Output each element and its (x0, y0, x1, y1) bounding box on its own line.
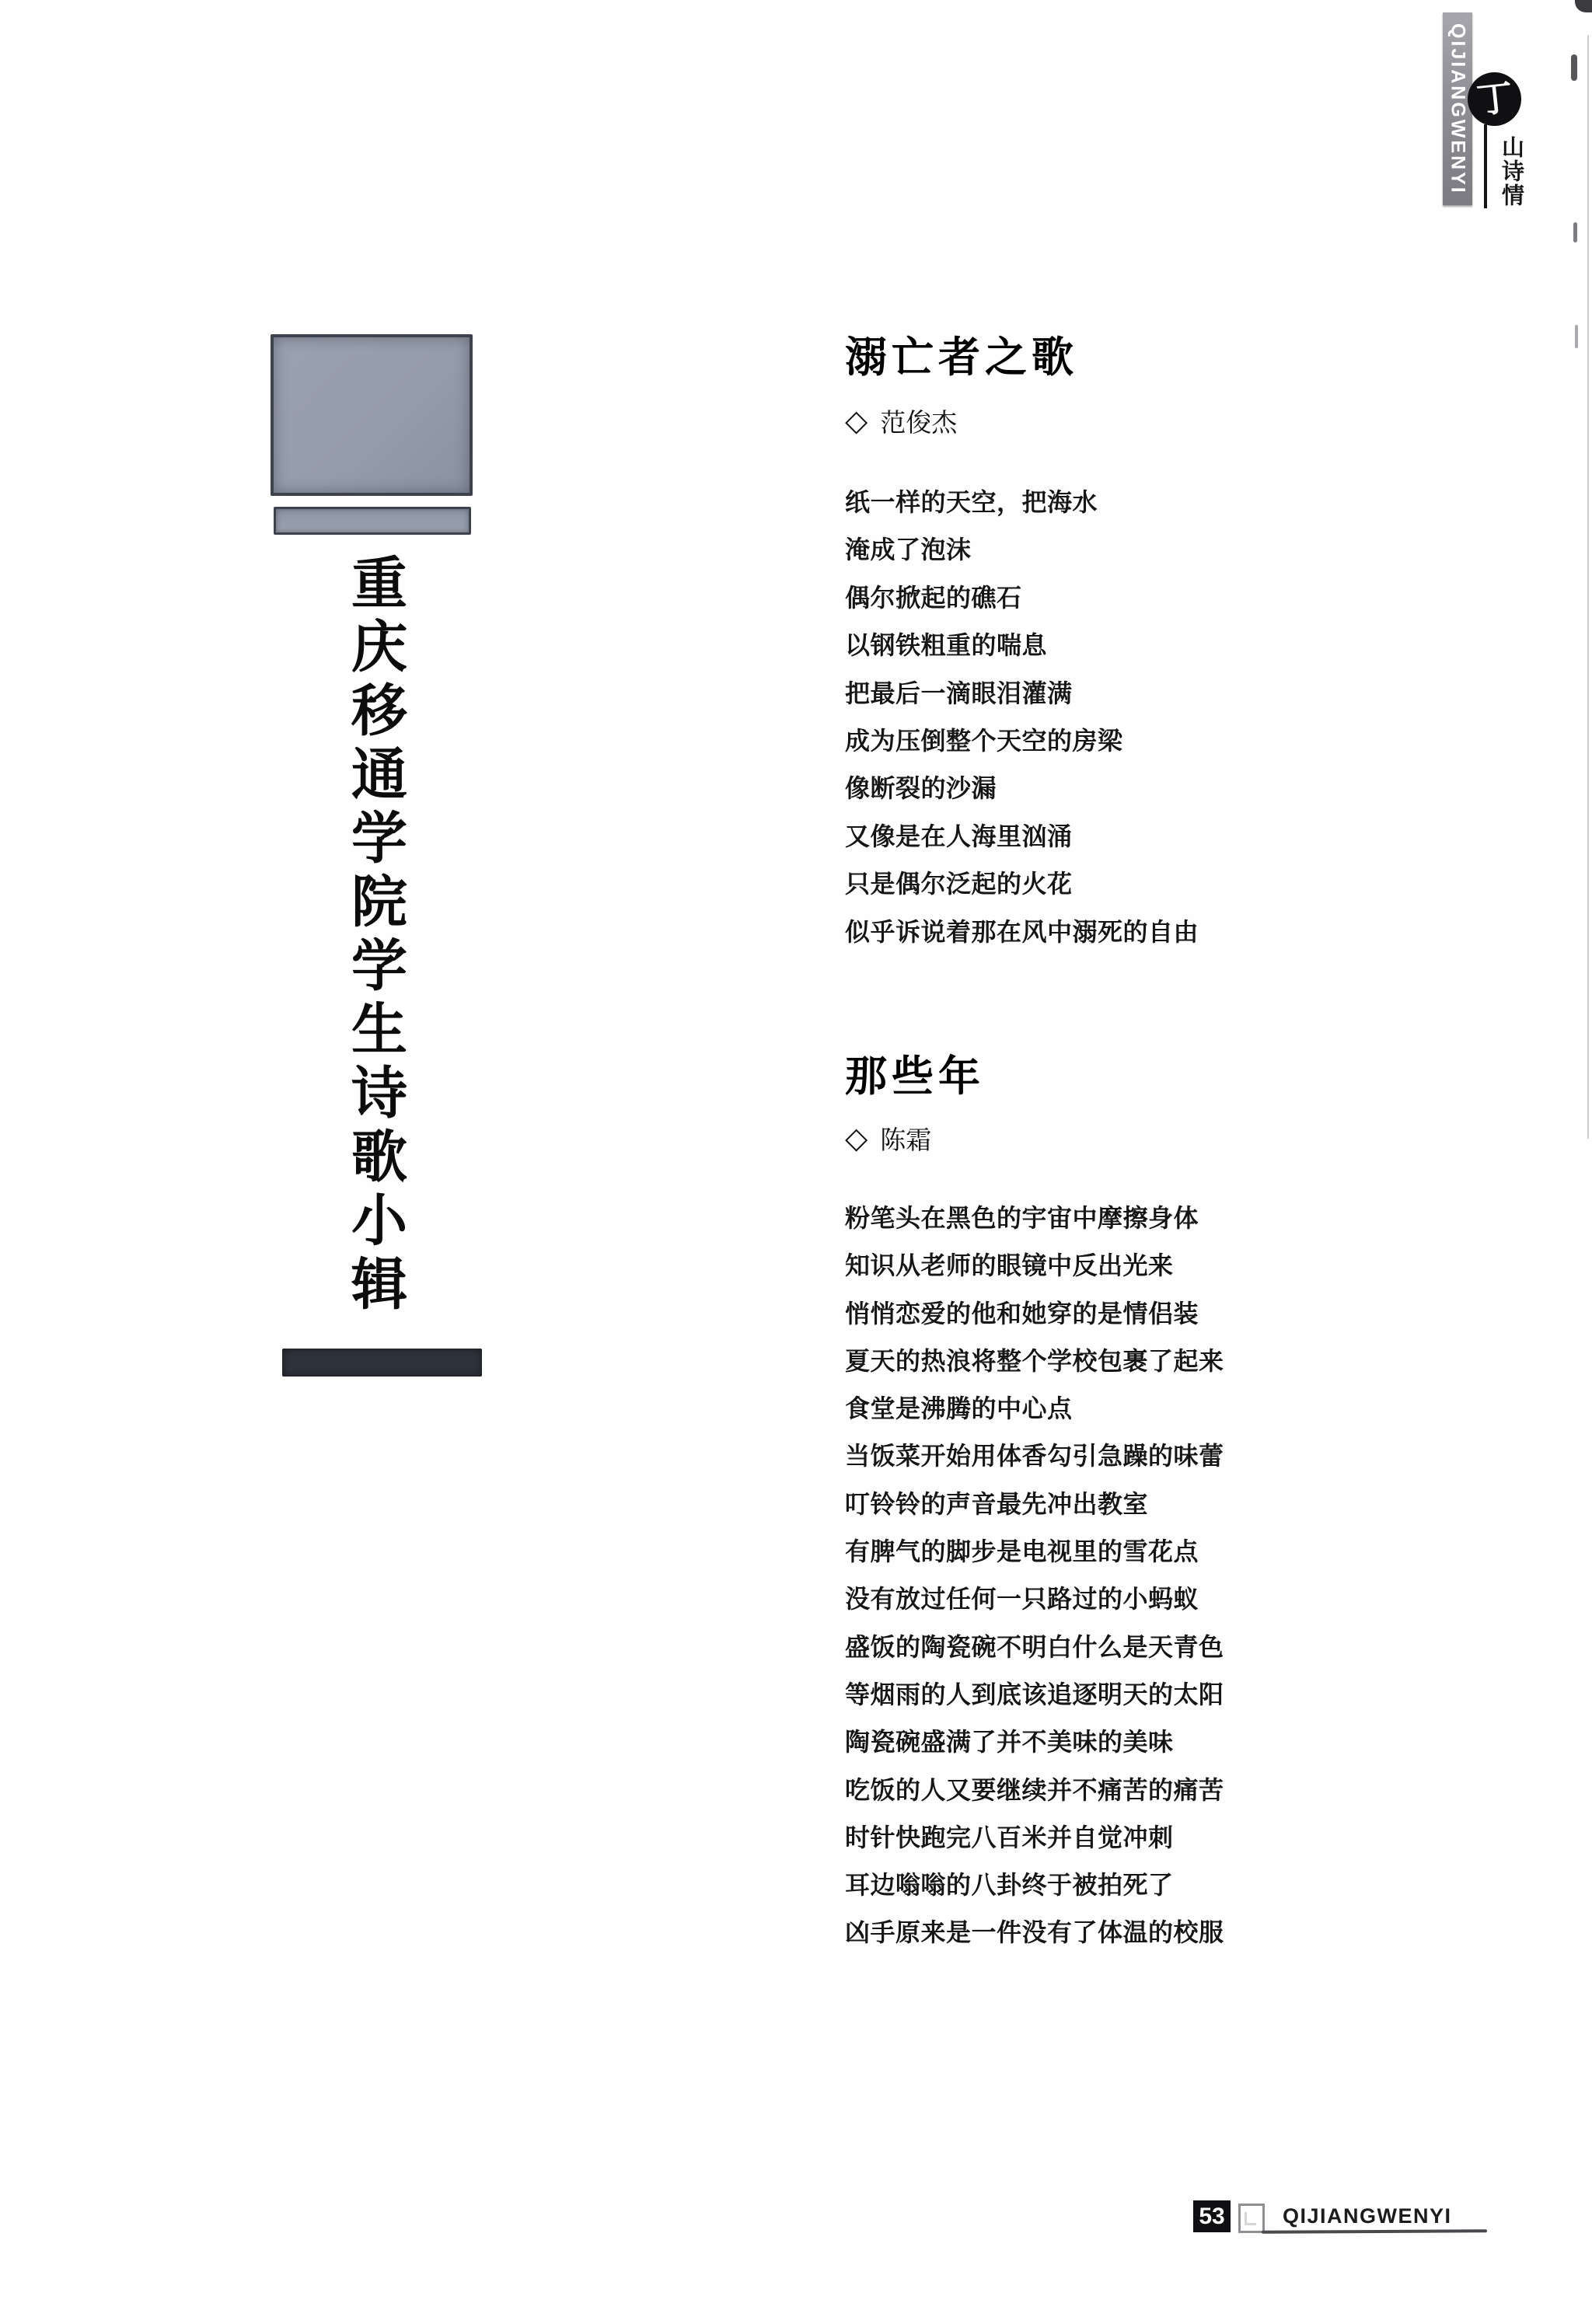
column-title-vertical: 山诗情 (1499, 135, 1522, 208)
author-diamond-icon: ◇ (845, 407, 868, 436)
scan-mark-2 (1573, 222, 1577, 243)
poem-1-author-name: 范俊杰 (880, 403, 957, 439)
footer-square-inner-mark (1245, 2212, 1256, 2225)
poem-line: 偶尔掀起的礁石 (845, 574, 1199, 622)
spine-banner-bar: QIJIANGWENYI (1443, 12, 1472, 205)
poem-2-author-name: 陈霜 (880, 1120, 931, 1157)
poem-line: 以钢铁粗重的喘息 (845, 622, 1199, 669)
column-logo-character: 丁 (1475, 79, 1514, 119)
poem-1-author-line: ◇ 范俊杰 (845, 403, 957, 439)
poem-line: 时针快跑完八百米并自觉冲刺 (845, 1814, 1224, 1862)
author-diamond-icon: ◇ (845, 1124, 868, 1153)
poem-1-title: 溺亡者之歌 (845, 337, 1078, 379)
feature-title-vertical: 重庆移通学院学生诗歌小辑 (346, 553, 402, 1318)
poem-line: 成为压倒整个天空的房梁 (845, 717, 1199, 765)
poem-line: 食堂是沸腾的中心点 (845, 1385, 1224, 1432)
page-number-badge: 53 (1193, 2200, 1231, 2232)
scan-mark-3 (1575, 325, 1578, 348)
poem-line: 没有放过任何一只路过的小蚂蚁 (845, 1576, 1224, 1623)
poem-line: 当饭菜开始用体香勾引急躁的味蕾 (845, 1432, 1224, 1480)
poem-1-body: 纸一样的天空，把海水 淹成了泡沫 偶尔掀起的礁石 以钢铁粗重的喘息 把最后一滴眼… (845, 479, 1199, 956)
poem-line: 叮铃铃的声音最先冲出教室 (845, 1481, 1224, 1528)
footer-underline (1262, 2229, 1487, 2234)
feature-thin-bar-decoration (274, 507, 471, 535)
logo-stem-line (1484, 124, 1487, 208)
poem-line: 陶瓷碗盛满了并不美味的美味 (845, 1719, 1224, 1766)
poem-line: 纸一样的天空，把海水 (845, 479, 1199, 526)
poem-line: 盛饭的陶瓷碗不明白什么是天青色 (845, 1624, 1224, 1671)
poem-line: 悄悄恋爱的他和她穿的是情侣装 (845, 1290, 1224, 1338)
poem-line: 把最后一滴眼泪灌满 (845, 670, 1199, 717)
column-logo-circle: 丁 (1468, 72, 1521, 126)
poem-line: 淹成了泡沫 (845, 526, 1199, 574)
poem-line: 吃饭的人又要继续并不痛苦的痛苦 (845, 1767, 1224, 1814)
magazine-page: QIJIANGWENYI 丁 山诗情 重庆移通学院学生诗歌小辑 溺亡者之歌 ◇ … (0, 0, 1592, 2324)
scan-mark-1 (1571, 54, 1577, 81)
poem-line: 夏天的热浪将整个学校包裹了起来 (845, 1338, 1224, 1385)
poem-line: 等烟雨的人到底该追逐明天的太阳 (845, 1671, 1224, 1719)
poem-line: 有脾气的脚步是电视里的雪花点 (845, 1528, 1224, 1576)
poem-line: 凶手原来是一件没有了体温的校服 (845, 1909, 1224, 1956)
feature-square-decoration (271, 334, 473, 496)
poem-line: 似乎诉说着那在风中溺死的自由 (845, 909, 1199, 956)
poem-line: 又像是在人海里汹涌 (845, 813, 1199, 860)
poem-line: 耳边嗡嗡的八卦终于被拍死了 (845, 1862, 1224, 1909)
scan-corner-blob (1575, 0, 1592, 12)
poem-line: 知识从老师的眼镜中反出光来 (845, 1242, 1224, 1289)
footer-square-icon (1238, 2204, 1265, 2233)
feature-dark-bar-decoration (282, 1349, 482, 1377)
footer-magazine-name: QIJIANGWENYI (1283, 2204, 1452, 2228)
poem-line: 粉笔头在黑色的宇宙中摩擦身体 (845, 1195, 1224, 1242)
poem-2-author-line: ◇ 陈霜 (845, 1120, 931, 1157)
poem-2-body: 粉笔头在黑色的宇宙中摩擦身体 知识从老师的眼镜中反出光来 悄悄恋爱的他和她穿的是… (845, 1195, 1224, 1957)
poem-2-title: 那些年 (845, 1056, 985, 1097)
poem-line: 像断裂的沙漏 (845, 765, 1199, 812)
scan-edge-line (1587, 35, 1589, 1139)
poem-line: 只是偶尔泛起的火花 (845, 860, 1199, 908)
spine-banner-text: QIJIANGWENYI (1447, 23, 1469, 195)
